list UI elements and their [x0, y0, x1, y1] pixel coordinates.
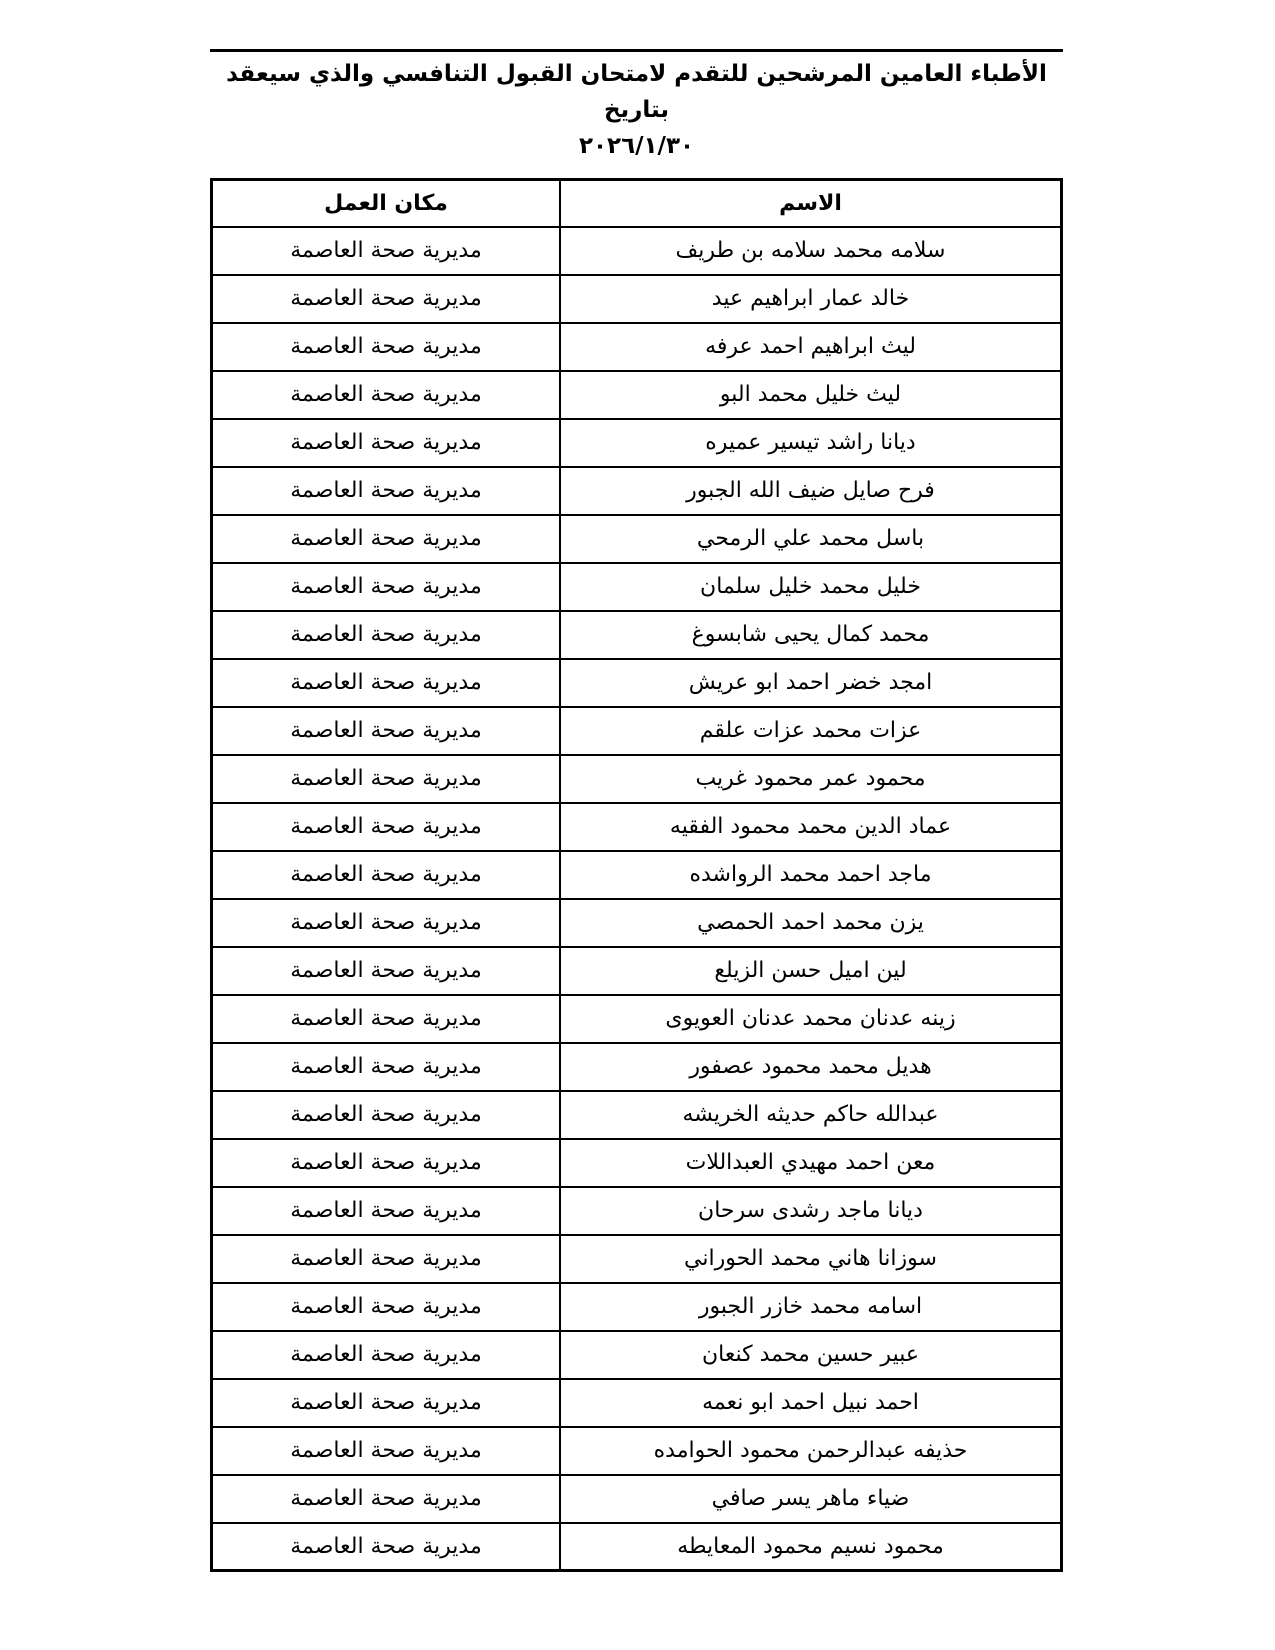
name-cell: ليث ابراهيم احمد عرفه — [560, 323, 1062, 371]
document-page: الأطباء العامين المرشحين للتقدم لامتحان … — [210, 0, 1063, 1572]
name-cell: ماجد احمد محمد الرواشده — [560, 851, 1062, 899]
table-row: ضياء ماهر يسر صافيمديرية صحة العاصمة — [212, 1475, 1062, 1523]
workplace-column-header: مكان العمل — [212, 180, 561, 227]
table-row: هديل محمد محمود عصفورمديرية صحة العاصمة — [212, 1043, 1062, 1091]
workplace-cell: مديرية صحة العاصمة — [212, 995, 561, 1043]
workplace-cell: مديرية صحة العاصمة — [212, 803, 561, 851]
name-cell: فرح صايل ضيف الله الجبور — [560, 467, 1062, 515]
workplace-cell: مديرية صحة العاصمة — [212, 947, 561, 995]
name-cell: حذيفه عبدالرحمن محمود الحوامده — [560, 1427, 1062, 1475]
name-cell: ضياء ماهر يسر صافي — [560, 1475, 1062, 1523]
table-row: سوزانا هاني محمد الحورانيمديرية صحة العا… — [212, 1235, 1062, 1283]
workplace-cell: مديرية صحة العاصمة — [212, 1523, 561, 1571]
table-row: لين اميل حسن الزيلعمديرية صحة العاصمة — [212, 947, 1062, 995]
workplace-cell: مديرية صحة العاصمة — [212, 1091, 561, 1139]
workplace-cell: مديرية صحة العاصمة — [212, 707, 561, 755]
table-row: محمد كمال يحيى شابسوغمديرية صحة العاصمة — [212, 611, 1062, 659]
exam-date: ٢٠٢٦/١/٣٠ — [210, 128, 1063, 164]
name-cell: سوزانا هاني محمد الحوراني — [560, 1235, 1062, 1283]
name-cell: ديانا ماجد رشدى سرحان — [560, 1187, 1062, 1235]
table-row: خليل محمد خليل سلمانمديرية صحة العاصمة — [212, 563, 1062, 611]
table-row: فرح صايل ضيف الله الجبورمديرية صحة العاص… — [212, 467, 1062, 515]
table-row: زينه عدنان محمد عدنان العويوىمديرية صحة … — [212, 995, 1062, 1043]
workplace-cell: مديرية صحة العاصمة — [212, 371, 561, 419]
table-row: عزات محمد عزات علقممديرية صحة العاصمة — [212, 707, 1062, 755]
table-body: سلامه محمد سلامه بن طريفمديرية صحة العاص… — [212, 227, 1062, 1571]
name-cell: عماد الدين محمد محمود الفقيه — [560, 803, 1062, 851]
workplace-cell: مديرية صحة العاصمة — [212, 1043, 561, 1091]
table-row: اسامه محمد خازر الجبورمديرية صحة العاصمة — [212, 1283, 1062, 1331]
name-cell: عبدالله حاكم حديثه الخريشه — [560, 1091, 1062, 1139]
table-header: الاسم مكان العمل — [212, 180, 1062, 227]
workplace-cell: مديرية صحة العاصمة — [212, 899, 561, 947]
name-cell: محمود عمر محمود غريب — [560, 755, 1062, 803]
workplace-cell: مديرية صحة العاصمة — [212, 659, 561, 707]
name-cell: سلامه محمد سلامه بن طريف — [560, 227, 1062, 275]
table-row: ديانا راشد تيسير عميرهمديرية صحة العاصمة — [212, 419, 1062, 467]
name-cell: محمد كمال يحيى شابسوغ — [560, 611, 1062, 659]
workplace-cell: مديرية صحة العاصمة — [212, 851, 561, 899]
table-row: سلامه محمد سلامه بن طريفمديرية صحة العاص… — [212, 227, 1062, 275]
workplace-cell: مديرية صحة العاصمة — [212, 1379, 561, 1427]
name-cell: هديل محمد محمود عصفور — [560, 1043, 1062, 1091]
name-cell: امجد خضر احمد ابو عريش — [560, 659, 1062, 707]
table-row: ماجد احمد محمد الرواشدهمديرية صحة العاصم… — [212, 851, 1062, 899]
document-title: الأطباء العامين المرشحين للتقدم لامتحان … — [210, 52, 1063, 164]
table-row: عبير حسين محمد كنعانمديرية صحة العاصمة — [212, 1331, 1062, 1379]
workplace-cell: مديرية صحة العاصمة — [212, 227, 561, 275]
table-row: محمود نسيم محمود المعايطهمديرية صحة العا… — [212, 1523, 1062, 1571]
header-row: الاسم مكان العمل — [212, 180, 1062, 227]
workplace-cell: مديرية صحة العاصمة — [212, 275, 561, 323]
candidates-table: الاسم مكان العمل سلامه محمد سلامه بن طري… — [210, 178, 1063, 1572]
workplace-cell: مديرية صحة العاصمة — [212, 563, 561, 611]
name-cell: زينه عدنان محمد عدنان العويوى — [560, 995, 1062, 1043]
workplace-cell: مديرية صحة العاصمة — [212, 1331, 561, 1379]
workplace-cell: مديرية صحة العاصمة — [212, 1235, 561, 1283]
table-row: احمد نبيل احمد ابو نعمهمديرية صحة العاصم… — [212, 1379, 1062, 1427]
workplace-cell: مديرية صحة العاصمة — [212, 1139, 561, 1187]
table-row: باسل محمد علي الرمحيمديرية صحة العاصمة — [212, 515, 1062, 563]
table-row: امجد خضر احمد ابو عريشمديرية صحة العاصمة — [212, 659, 1062, 707]
name-cell: خالد عمار ابراهيم عيد — [560, 275, 1062, 323]
table-row: عماد الدين محمد محمود الفقيهمديرية صحة ا… — [212, 803, 1062, 851]
name-cell: لين اميل حسن الزيلع — [560, 947, 1062, 995]
name-cell: عبير حسين محمد كنعان — [560, 1331, 1062, 1379]
name-cell: خليل محمد خليل سلمان — [560, 563, 1062, 611]
table-row: معن احمد مهيدي العبداللاتمديرية صحة العا… — [212, 1139, 1062, 1187]
name-cell: اسامه محمد خازر الجبور — [560, 1283, 1062, 1331]
table-row: حذيفه عبدالرحمن محمود الحوامدهمديرية صحة… — [212, 1427, 1062, 1475]
table-row: خالد عمار ابراهيم عيدمديرية صحة العاصمة — [212, 275, 1062, 323]
name-cell: باسل محمد علي الرمحي — [560, 515, 1062, 563]
table-row: عبدالله حاكم حديثه الخريشهمديرية صحة الع… — [212, 1091, 1062, 1139]
workplace-cell: مديرية صحة العاصمة — [212, 1283, 561, 1331]
name-cell: يزن محمد احمد الحمصي — [560, 899, 1062, 947]
workplace-cell: مديرية صحة العاصمة — [212, 611, 561, 659]
name-column-header: الاسم — [560, 180, 1062, 227]
workplace-cell: مديرية صحة العاصمة — [212, 1475, 561, 1523]
table-row: ديانا ماجد رشدى سرحانمديرية صحة العاصمة — [212, 1187, 1062, 1235]
workplace-cell: مديرية صحة العاصمة — [212, 323, 561, 371]
name-cell: احمد نبيل احمد ابو نعمه — [560, 1379, 1062, 1427]
name-cell: عزات محمد عزات علقم — [560, 707, 1062, 755]
name-cell: ليث خليل محمد البو — [560, 371, 1062, 419]
table-row: ليث خليل محمد البومديرية صحة العاصمة — [212, 371, 1062, 419]
name-cell: محمود نسيم محمود المعايطه — [560, 1523, 1062, 1571]
table-row: ليث ابراهيم احمد عرفهمديرية صحة العاصمة — [212, 323, 1062, 371]
name-cell: معن احمد مهيدي العبداللات — [560, 1139, 1062, 1187]
workplace-cell: مديرية صحة العاصمة — [212, 1187, 561, 1235]
workplace-cell: مديرية صحة العاصمة — [212, 515, 561, 563]
name-cell: ديانا راشد تيسير عميره — [560, 419, 1062, 467]
workplace-cell: مديرية صحة العاصمة — [212, 419, 561, 467]
title-text: الأطباء العامين المرشحين للتقدم لامتحان … — [210, 56, 1063, 128]
table-row: يزن محمد احمد الحمصيمديرية صحة العاصمة — [212, 899, 1062, 947]
workplace-cell: مديرية صحة العاصمة — [212, 467, 561, 515]
workplace-cell: مديرية صحة العاصمة — [212, 1427, 561, 1475]
table-row: محمود عمر محمود غريبمديرية صحة العاصمة — [212, 755, 1062, 803]
workplace-cell: مديرية صحة العاصمة — [212, 755, 561, 803]
